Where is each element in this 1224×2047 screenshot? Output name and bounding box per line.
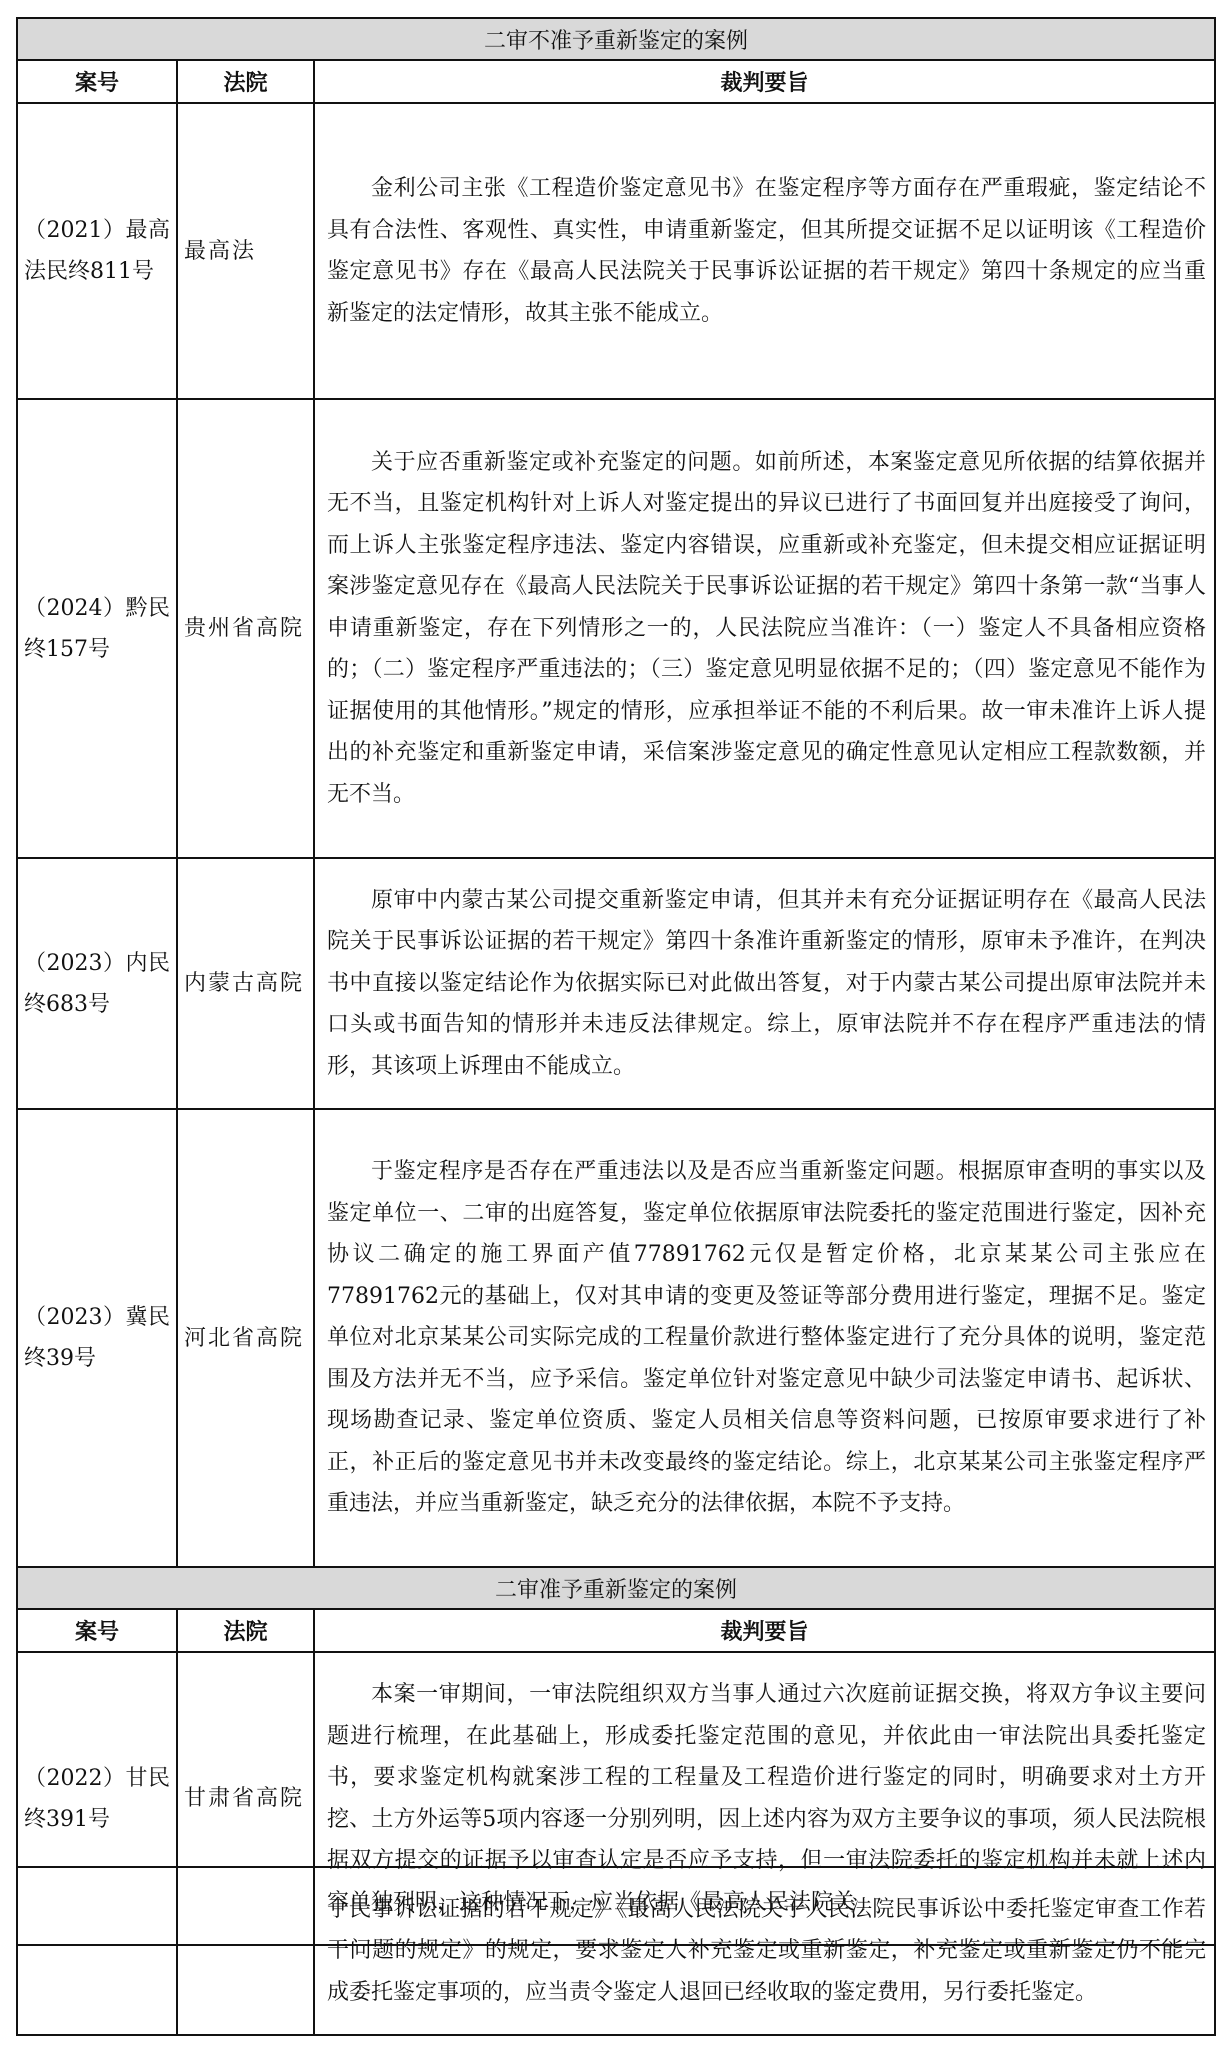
table-row: （2021）最高法民终811号 最高法 金利公司主张《工程造价鉴定意见书》在鉴定… [17, 103, 1215, 399]
ruling-summary: 关于应否重新鉴定或补充鉴定的问题。如前所述，本案鉴定意见所依据的结算依据并无不当… [314, 399, 1215, 858]
continuation-table: 于民事诉讼证据的若干规定》《最高人民法院关于人民法院民事诉讼中委托鉴定审查工作若… [16, 1866, 1216, 2036]
section-title: 二审准予重新鉴定的案例 [17, 1567, 1215, 1609]
column-header-summary: 裁判要旨 [314, 60, 1215, 103]
ruling-summary-text: 关于应否重新鉴定或补充鉴定的问题。如前所述，本案鉴定意见所依据的结算依据并无不当… [327, 442, 1206, 816]
case-number [17, 1867, 177, 2035]
table-row: （2024）黔民终157号 贵州省高院 关于应否重新鉴定或补充鉴定的问题。如前所… [17, 399, 1215, 858]
table-row: （2023）内民终683号 内蒙古高院 原审中内蒙古某公司提交重新鉴定申请，但其… [17, 858, 1215, 1109]
court-name: 河北省高院 [177, 1109, 314, 1567]
column-header-court: 法院 [177, 60, 314, 103]
section-header-rejected: 二审不准予重新鉴定的案例 [17, 18, 1215, 60]
ruling-summary-text: 于鉴定程序是否存在严重违法以及是否应当重新鉴定问题。根据原审查明的事实以及鉴定单… [327, 1151, 1206, 1525]
ruling-summary: 于鉴定程序是否存在严重违法以及是否应当重新鉴定问题。根据原审查明的事实以及鉴定单… [314, 1109, 1215, 1567]
case-number: （2024）黔民终157号 [17, 399, 177, 858]
case-number: （2021）最高法民终811号 [17, 103, 177, 399]
section-title: 二审不准予重新鉴定的案例 [17, 18, 1215, 60]
ruling-summary: 金利公司主张《工程造价鉴定意见书》在鉴定程序等方面存在严重瑕疵，鉴定结论不具有合… [314, 103, 1215, 399]
ruling-summary: 于民事诉讼证据的若干规定》《最高人民法院关于人民法院民事诉讼中委托鉴定审查工作若… [314, 1867, 1215, 2035]
column-header-row: 案号 法院 裁判要旨 [17, 60, 1215, 103]
table-row: （2023）冀民终39号 河北省高院 于鉴定程序是否存在严重违法以及是否应当重新… [17, 1109, 1215, 1567]
column-header-court: 法院 [177, 1609, 314, 1652]
column-header-summary: 裁判要旨 [314, 1609, 1215, 1652]
column-header-case-no: 案号 [17, 60, 177, 103]
ruling-summary-text: 于民事诉讼证据的若干规定》《最高人民法院关于人民法院民事诉讼中委托鉴定审查工作若… [327, 1889, 1206, 2014]
court-name: 贵州省高院 [177, 399, 314, 858]
cases-table: 二审不准予重新鉴定的案例 案号 法院 裁判要旨 （2021）最高法民终811号 … [16, 17, 1216, 1946]
ruling-summary: 原审中内蒙古某公司提交重新鉴定申请，但其并未有充分证据证明存在《最高人民法院关于… [314, 858, 1215, 1109]
court-name: 最高法 [177, 103, 314, 399]
ruling-summary-text: 原审中内蒙古某公司提交重新鉴定申请，但其并未有充分证据证明存在《最高人民法院关于… [327, 880, 1206, 1088]
ruling-summary-text: 金利公司主张《工程造价鉴定意见书》在鉴定程序等方面存在严重瑕疵，鉴定结论不具有合… [327, 168, 1206, 334]
column-header-row: 案号 法院 裁判要旨 [17, 1609, 1215, 1652]
section-header-approved: 二审准予重新鉴定的案例 [17, 1567, 1215, 1609]
case-number: （2023）冀民终39号 [17, 1109, 177, 1567]
column-header-case-no: 案号 [17, 1609, 177, 1652]
court-name: 内蒙古高院 [177, 858, 314, 1109]
table-row-continuation: 于民事诉讼证据的若干规定》《最高人民法院关于人民法院民事诉讼中委托鉴定审查工作若… [17, 1867, 1215, 2035]
case-number: （2023）内民终683号 [17, 858, 177, 1109]
court-name [177, 1867, 314, 2035]
